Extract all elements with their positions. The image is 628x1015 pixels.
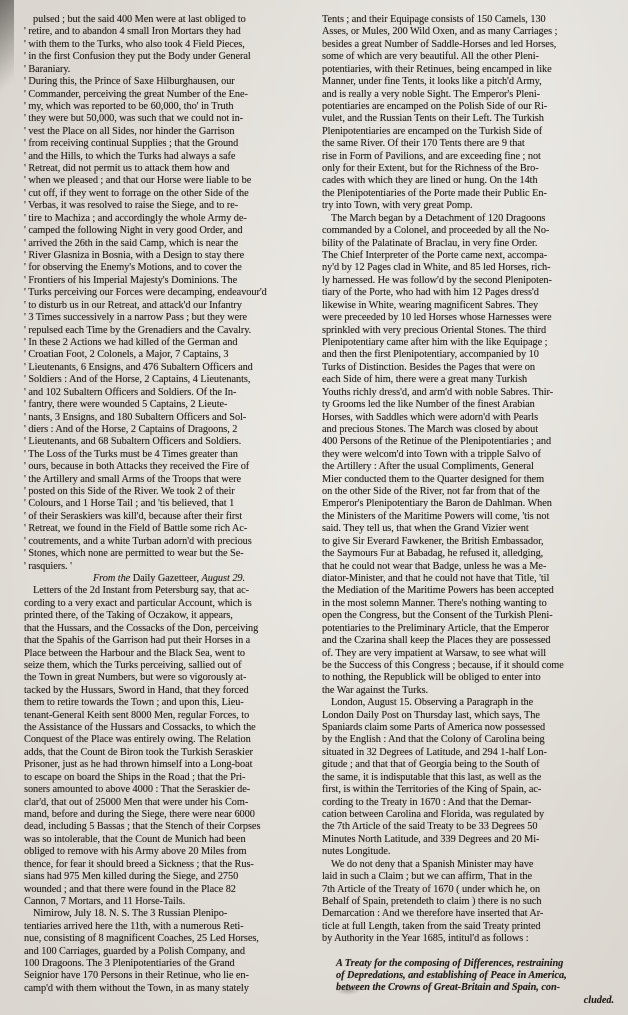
newspaper-page: pulsed ; but the said 400 Men were at la… [0,0,628,1015]
quoted-paragraph: ' During this, the Prince of Saxe Hilbur… [24,76,314,337]
right-column: Tents ; and their Equipage consists of 1… [322,14,614,1007]
news-paragraph-nimirow: Nimirow, July 18. N. S. The 3 Russian Pl… [24,908,314,995]
news-paragraph-spanish-minister: We do not deny that a Spanish Minister m… [322,859,614,946]
page-edge-shadow [0,0,14,120]
heading-date: August 29. [202,573,246,584]
heading-publication-name: Daily Gazetteer, [133,573,202,584]
left-column: pulsed ; but the said 400 Men were at la… [24,14,314,995]
catchword: cluded. [322,995,614,1007]
treaty-title-block: A Treaty for the composing of Difference… [322,958,614,995]
section-heading-daily-gazetteer: From the Daily Gazetteer, August 29. [24,573,314,585]
ink-smudge [335,985,361,995]
heading-prefix: From the [93,573,133,584]
news-paragraph-petersburg: Letters of the 2d Instant from Petersbur… [24,585,314,908]
news-paragraph-london: London, August 15. Observing a Paragraph… [322,697,614,858]
news-paragraph-tents: Tents ; and their Equipage consists of 1… [322,14,614,213]
news-paragraph-march: The March began by a Detachment of 120 D… [322,213,614,697]
quoted-paragraph: pulsed ; but the said 400 Men were at la… [24,14,314,76]
quoted-paragraph: ' In these 2 Actions we had killed of th… [24,337,314,573]
